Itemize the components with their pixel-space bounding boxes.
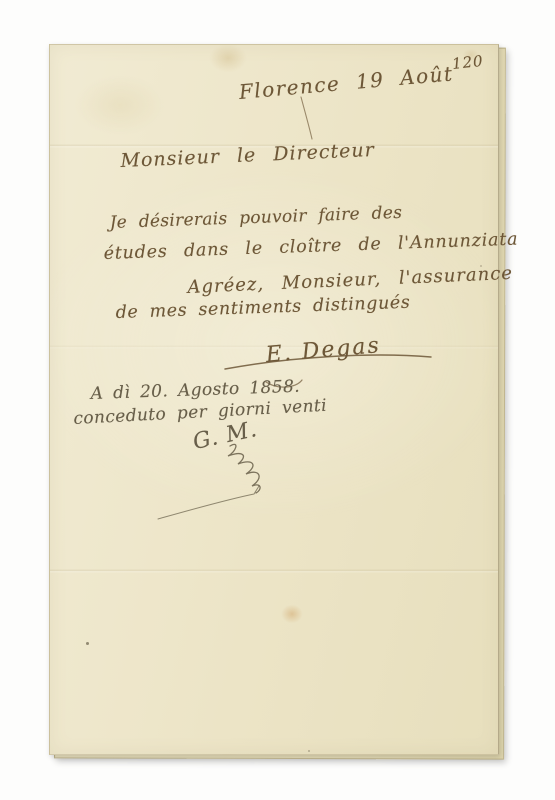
ink-speck bbox=[86, 642, 89, 645]
page-number: 120 bbox=[451, 52, 484, 73]
letter-photograph: 120 Florence 19 Août Monsieur le Directe… bbox=[0, 0, 555, 800]
ink-speck bbox=[308, 750, 310, 752]
fold-crease bbox=[50, 569, 498, 573]
